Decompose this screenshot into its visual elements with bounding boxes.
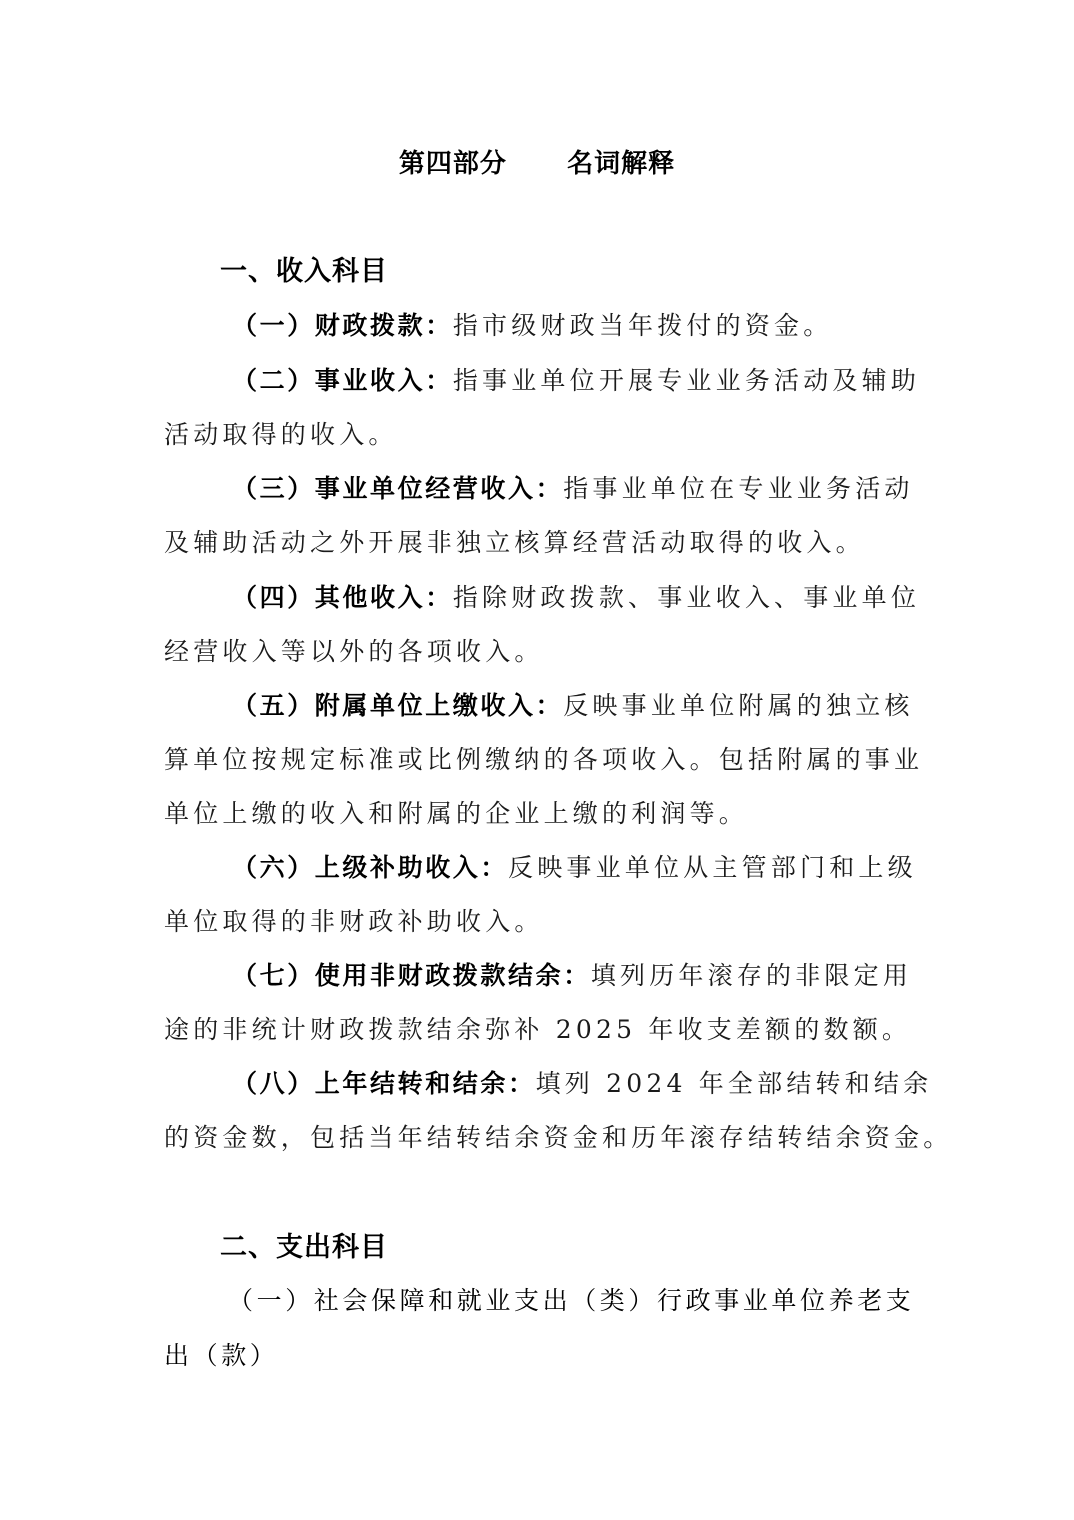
definition-term: （三）事业单位经营收入： xyxy=(232,474,563,503)
definition-text: 途的非统计财政拨款结余弥补 2025 年收支差额的数额。 xyxy=(164,1015,911,1044)
definition-continuation: 及辅助活动之外开展非独立核算经营活动取得的收入。 xyxy=(164,523,865,563)
definition-text: 指除财政拨款、事业收入、事业单位 xyxy=(453,583,920,612)
definition-term: （四）其他收入： xyxy=(232,583,453,612)
definition-text: 活动取得的收入。 xyxy=(164,420,398,449)
definition-text: 填列 2024 年全部结转和结余 xyxy=(536,1069,933,1098)
definition-continuation: 算单位按规定标准或比例缴纳的各项收入。包括附属的事业 xyxy=(164,740,923,780)
expenditure-item-continuation: 出（款） xyxy=(164,1336,278,1376)
definition-text: 反映事业单位附属的独立核 xyxy=(563,691,913,720)
definition-text: 指事业单位在专业业务活动 xyxy=(563,474,913,503)
expenditure-item-social-security: （一）社会保障和就业支出（类）行政事业单位养老支 xyxy=(228,1281,914,1321)
definition-term: （二）事业收入： xyxy=(232,366,453,395)
definition-item-subsidiary-remittance: （五）附属单位上缴收入：反映事业单位附属的独立核 xyxy=(232,686,914,726)
definition-term: （五）附属单位上缴收入： xyxy=(232,691,563,720)
definition-text: 指事业单位开展专业业务活动及辅助 xyxy=(453,366,920,395)
definition-item-business-income: （二）事业收入：指事业单位开展专业业务活动及辅助 xyxy=(232,361,920,401)
definition-term: （六）上级补助收入： xyxy=(232,853,508,882)
definition-item-operating-income: （三）事业单位经营收入：指事业单位在专业业务活动 xyxy=(232,469,914,509)
definition-text: 指市级财政当年拨付的资金。 xyxy=(453,311,833,340)
definition-term: （七）使用非财政拨款结余： xyxy=(232,961,591,990)
definition-continuation: 途的非统计财政拨款结余弥补 2025 年收支差额的数额。 xyxy=(164,1010,911,1050)
definition-continuation: 经营收入等以外的各项收入。 xyxy=(164,632,544,672)
definition-text: 单位取得的非财政补助收入。 xyxy=(164,907,544,936)
document-page: 第四部分 名词解释 一、收入科目 （一）财政拨款：指市级财政当年拨付的资金。 （… xyxy=(0,0,1074,1520)
definition-text: 算单位按规定标准或比例缴纳的各项收入。包括附属的事业 xyxy=(164,745,923,774)
page-title: 第四部分 名词解释 xyxy=(0,144,1074,184)
definition-text: 填列历年滚存的非限定用 xyxy=(591,961,912,990)
definition-term: （一）财政拨款： xyxy=(232,311,453,340)
definition-item-superior-subsidy: （六）上级补助收入：反映事业单位从主管部门和上级 xyxy=(232,848,917,888)
definition-text: 的资金数，包括当年结转结余资金和历年滚存结转结余资金。 xyxy=(164,1123,952,1152)
definition-text: 及辅助活动之外开展非独立核算经营活动取得的收入。 xyxy=(164,528,865,557)
definition-text: 反映事业单位从主管部门和上级 xyxy=(508,853,917,882)
definition-item-fiscal-appropriation: （一）财政拨款：指市级财政当年拨付的资金。 xyxy=(232,306,832,346)
definition-item-prior-year-carryover: （八）上年结转和结余：填列 2024 年全部结转和结余 xyxy=(232,1064,932,1104)
section-heading-income: 一、收入科目 xyxy=(220,252,388,292)
section-heading-expenditure: 二、支出科目 xyxy=(220,1228,388,1268)
definition-continuation: 的资金数，包括当年结转结余资金和历年滚存结转结余资金。 xyxy=(164,1118,952,1158)
definition-continuation: 单位取得的非财政补助收入。 xyxy=(164,902,544,942)
definition-term: （八）上年结转和结余： xyxy=(232,1069,536,1098)
definition-item-non-fiscal-balance: （七）使用非财政拨款结余：填列历年滚存的非限定用 xyxy=(232,956,912,996)
definition-item-other-income: （四）其他收入：指除财政拨款、事业收入、事业单位 xyxy=(232,578,920,618)
definition-continuation: 活动取得的收入。 xyxy=(164,415,398,455)
definition-text: 单位上缴的收入和附属的企业上缴的利润等。 xyxy=(164,799,748,828)
definition-text: 经营收入等以外的各项收入。 xyxy=(164,637,544,666)
definition-continuation: 单位上缴的收入和附属的企业上缴的利润等。 xyxy=(164,794,748,834)
